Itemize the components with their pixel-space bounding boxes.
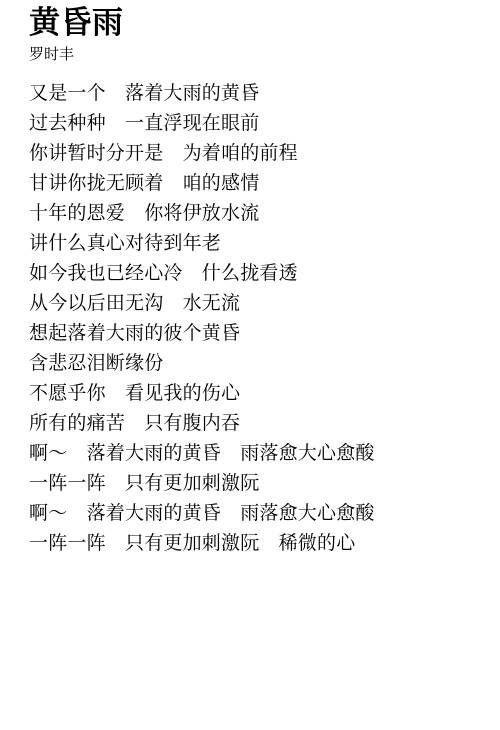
- artist-name: 罗时丰: [29, 44, 480, 64]
- lyric-line: 十年的恩爱 你将伊放水流: [29, 198, 480, 228]
- lyric-line: 从今以后田无沟 水无流: [29, 288, 480, 318]
- lyric-line: 如今我也已经心冷 什么拢看透: [29, 258, 480, 288]
- song-title: 黄昏雨: [29, 5, 480, 42]
- lyrics-page: 黄昏雨 罗时丰 又是一个 落着大雨的黄昏 过去种种 一直浮现在眼前 你讲暂时分开…: [0, 0, 500, 730]
- lyrics-block: 又是一个 落着大雨的黄昏 过去种种 一直浮现在眼前 你讲暂时分开是 为着咱的前程…: [29, 78, 480, 558]
- lyric-line: 又是一个 落着大雨的黄昏: [29, 78, 480, 108]
- lyric-line: 过去种种 一直浮现在眼前: [29, 108, 480, 138]
- lyric-line: 一阵一阵 只有更加刺激阮 稀微的心: [29, 528, 480, 558]
- lyric-line: 讲什么真心对待到年老: [29, 228, 480, 258]
- lyric-line: 含悲忍泪断缘份: [29, 348, 480, 378]
- lyric-line: 所有的痛苦 只有腹内吞: [29, 408, 480, 438]
- lyric-line: 一阵一阵 只有更加刺激阮: [29, 468, 480, 498]
- lyric-line: 你讲暂时分开是 为着咱的前程: [29, 138, 480, 168]
- lyric-line: 甘讲你拢无顾着 咱的感情: [29, 168, 480, 198]
- lyric-line: 想起落着大雨的彼个黄昏: [29, 318, 480, 348]
- lyric-line: 啊～ 落着大雨的黄昏 雨落愈大心愈酸: [29, 498, 480, 528]
- lyric-line: 不愿乎你 看见我的伤心: [29, 378, 480, 408]
- lyric-line: 啊～ 落着大雨的黄昏 雨落愈大心愈酸: [29, 438, 480, 468]
